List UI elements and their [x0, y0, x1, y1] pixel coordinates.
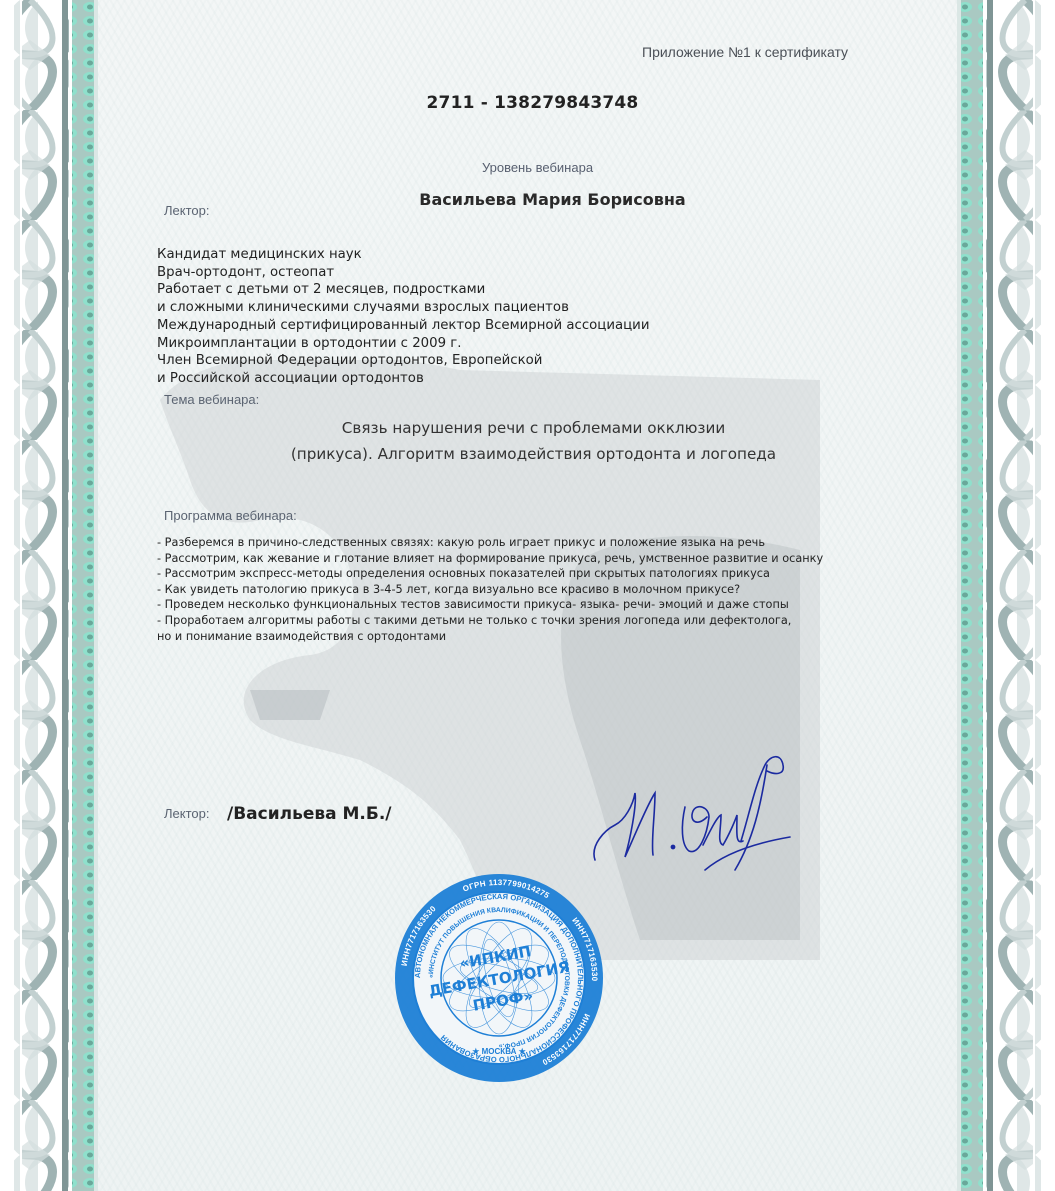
stamp-city: ★ МОСКВА ★ [472, 1047, 526, 1056]
annex-title: Приложение №1 к сертификату [642, 44, 848, 60]
program-label: Программа вебинара: [164, 508, 297, 523]
webinar-topic: Связь нарушения речи с проблемами окклюз… [0, 415, 1055, 467]
handwritten-signature [585, 745, 795, 880]
topic-line: Связь нарушения речи с проблемами окклюз… [12, 415, 1055, 441]
program-item: но и понимание взаимодействия с ортодонт… [157, 629, 823, 645]
right-ornamental-border [957, 0, 1055, 1191]
topic-line: (прикуса). Алгоритм взаимодействия ортод… [12, 441, 1055, 467]
bio-line: Работает с детьми от 2 месяцев, подростк… [157, 281, 649, 299]
lecturer-bio: Кандидат медицинских наук Врач-ортодонт,… [157, 246, 649, 388]
signature-label: Лектор: [164, 806, 209, 821]
bio-line: и сложными клиническими случаями взрослы… [157, 299, 649, 317]
program-item: - Рассмотрим, как жевание и глотание вли… [157, 551, 823, 567]
lecturer-name: Васильева Мария Борисовна [0, 190, 1055, 209]
left-ornamental-border [0, 0, 98, 1191]
program-item: - Рассмотрим экспресс-методы определения… [157, 566, 823, 582]
bio-line: Врач-ортодонт, остеопат [157, 264, 649, 282]
topic-label: Тема вебинара: [164, 392, 259, 407]
program-item: - Проведем несколько функциональных тест… [157, 597, 823, 613]
bio-line: Член Всемирной Федерации ортодонтов, Евр… [157, 352, 649, 370]
certificate-page: Приложение №1 к сертификату 2711 - 13827… [0, 0, 1055, 1191]
program-item: - Как увидеть патологию прикуса в 3-4-5 … [157, 582, 823, 598]
webinar-level-label: Уровень вебинара [0, 160, 1055, 175]
signature-name: /Васильева М.Б./ [227, 804, 392, 824]
bio-line: Кандидат медицинских наук [157, 246, 649, 264]
certificate-number: 2711 - 138279843748 [0, 93, 1055, 113]
bio-line: Микроимплантации в ортодонтии с 2009 г. [157, 335, 649, 353]
organization-stamp: ИНН7717163530 ОГРН 1137799014275 ИНН7717… [393, 872, 605, 1084]
bio-line: и Российской ассоциации ортодонтов [157, 370, 649, 388]
program-item: - Разберемся в причино-следственных связ… [157, 535, 823, 551]
bio-line: Международный сертифицированный лектор В… [157, 317, 649, 335]
program-item: - Проработаем алгоритмы работы с такими … [157, 613, 823, 629]
webinar-program: - Разберемся в причино-следственных связ… [157, 535, 823, 644]
